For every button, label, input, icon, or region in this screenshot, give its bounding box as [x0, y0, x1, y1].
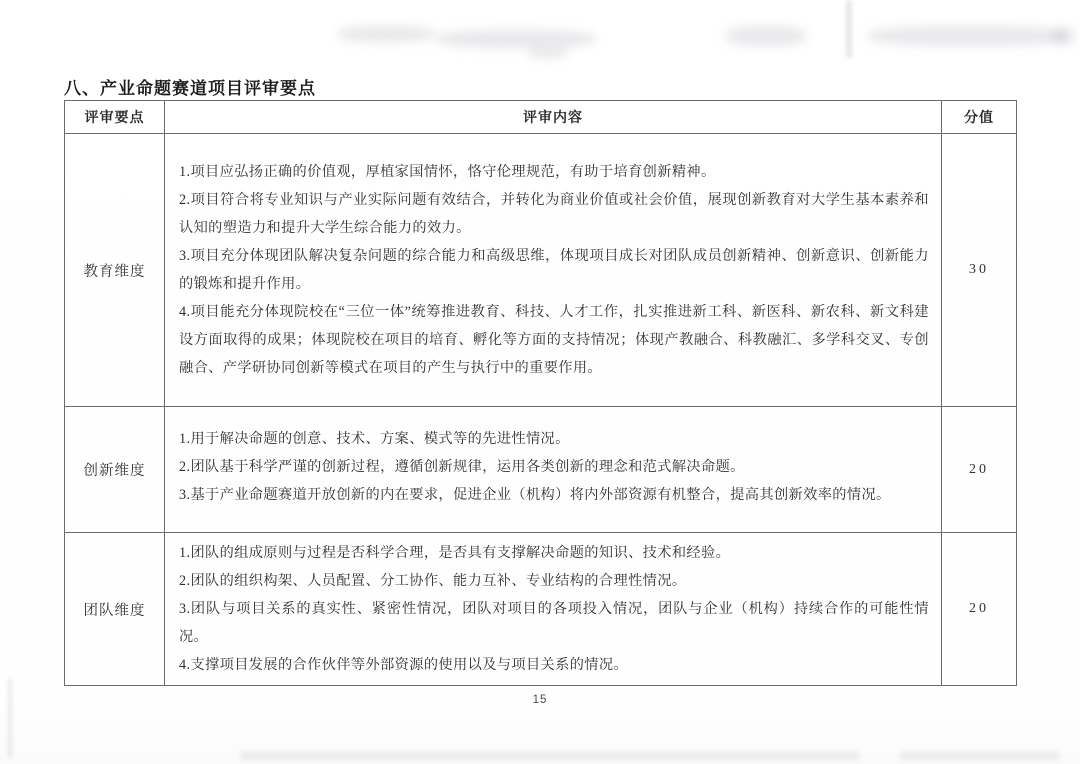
- page-number: 15: [0, 694, 1080, 706]
- table-row-education: 教育维度 1.项目应弘扬正确的价值观，厚植家国情怀，恪守伦理规范，有助于培育创新…: [65, 134, 1017, 407]
- scan-artifact: [868, 26, 1068, 46]
- score-value: 30: [942, 134, 1017, 407]
- document-page: 八、产业命题赛道项目评审要点 评审要点 评审内容 分值 教育维度 1.项目应弘扬…: [0, 0, 1080, 764]
- review-item: 2.团队基于科学严谨的创新过程，遵循创新规律，运用各类创新的理念和范式解决命题。: [179, 453, 929, 481]
- table-row-team: 团队维度 1.团队的组成原则与过程是否科学合理，是否具有支撑解决命题的知识、技术…: [65, 533, 1017, 686]
- scan-artifact: [436, 30, 596, 48]
- review-item: 1.项目应弘扬正确的价值观，厚植家国情怀，恪守伦理规范，有助于培育创新精神。: [179, 158, 929, 186]
- scan-artifact: [726, 26, 806, 46]
- score-value: 20: [942, 407, 1017, 533]
- review-item: 2.项目符合将专业知识与产业实际问题有效结合，并转化为商业价值或社会价值，展现创…: [179, 186, 929, 242]
- review-item: 4.项目能充分体现院校在“三位一体”统筹推进教育、科技、人才工作，扎实推进新工科…: [179, 298, 929, 382]
- review-item: 2.团队的组织构架、人员配置、分工协作、能力互补、专业结构的合理性情况。: [179, 567, 929, 595]
- criteria-cell: 1.项目应弘扬正确的价值观，厚植家国情怀，恪守伦理规范，有助于培育创新精神。 2…: [165, 134, 942, 407]
- table-header-row: 评审要点 评审内容 分值: [65, 101, 1017, 134]
- header-review-content: 评审内容: [165, 101, 942, 134]
- scan-artifact: [338, 26, 434, 42]
- dimension-label: 创新维度: [65, 407, 165, 533]
- header-review-point: 评审要点: [65, 101, 165, 134]
- scan-artifact: [8, 678, 12, 758]
- dimension-label: 教育维度: [65, 134, 165, 407]
- table-row-innovation: 创新维度 1.用于解决命题的创意、技术、方案、模式等的先进性情况。 2.团队基于…: [65, 407, 1017, 533]
- score-value: 20: [942, 533, 1017, 686]
- scan-artifact: [528, 48, 568, 58]
- criteria-cell: 1.用于解决命题的创意、技术、方案、模式等的先进性情况。 2.团队基于科学严谨的…: [165, 407, 942, 533]
- review-item: 3.基于产业命题赛道开放创新的内在要求，促进企业（机构）将内外部资源有机整合，提…: [179, 481, 929, 509]
- scan-artifact: [1052, 28, 1074, 44]
- scan-artifact: [846, 0, 852, 58]
- criteria-cell: 1.团队的组成原则与过程是否科学合理，是否具有支撑解决命题的知识、技术和经验。 …: [165, 533, 942, 686]
- review-item: 1.团队的组成原则与过程是否科学合理，是否具有支撑解决命题的知识、技术和经验。: [179, 539, 929, 567]
- review-item: 4.支撑项目发展的合作伙伴等外部资源的使用以及与项目关系的情况。: [179, 651, 929, 679]
- review-criteria-table: 评审要点 评审内容 分值 教育维度 1.项目应弘扬正确的价值观，厚植家国情怀，恪…: [64, 100, 1017, 686]
- review-item: 3.团队与项目关系的真实性、紧密性情况，团队对项目的各项投入情况，团队与企业（机…: [179, 595, 929, 651]
- review-item: 1.用于解决命题的创意、技术、方案、模式等的先进性情况。: [179, 425, 929, 453]
- section-title: 八、产业命题赛道项目评审要点: [64, 74, 316, 99]
- scan-artifact: [240, 752, 860, 760]
- dimension-label: 团队维度: [65, 533, 165, 686]
- review-item: 3.项目充分体现团队解决复杂问题的综合能力和高级思维，体现项目成长对团队成员创新…: [179, 242, 929, 298]
- header-score: 分值: [942, 101, 1017, 134]
- scan-artifact: [900, 752, 1060, 760]
